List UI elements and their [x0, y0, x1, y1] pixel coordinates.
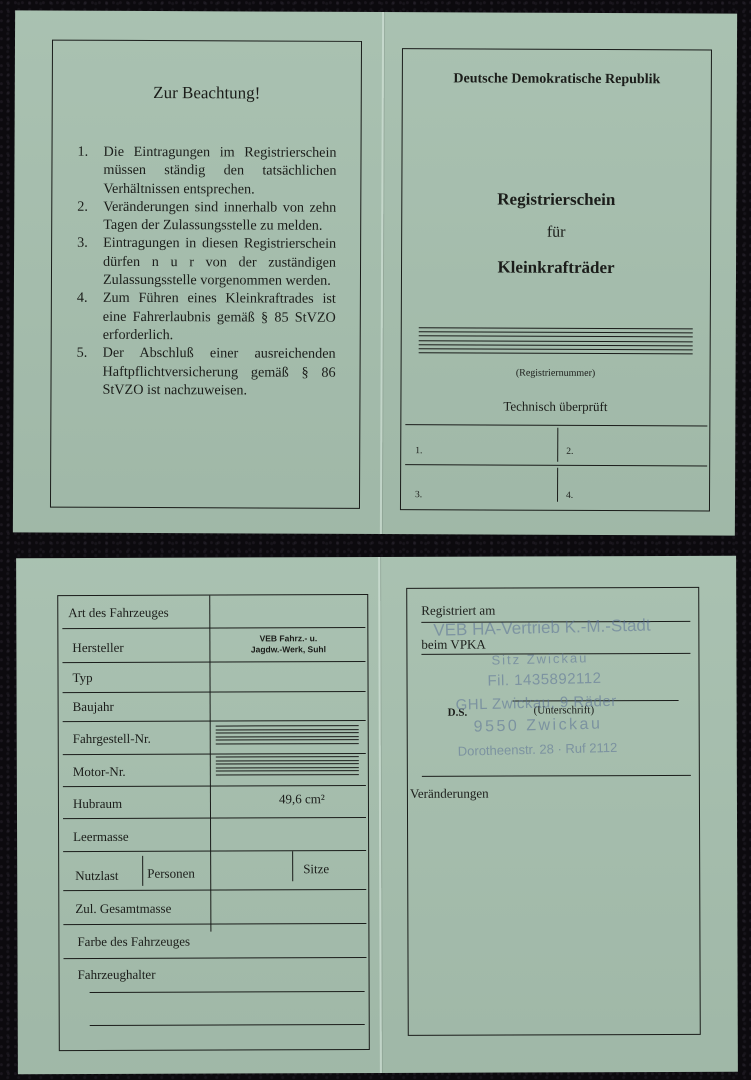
- notice-item-text: Zum Führen eines Kleinkraft­rades ist ei…: [103, 290, 336, 343]
- notice-item-number: 2.: [77, 198, 88, 216]
- stamp-line: Fil. 1435892112: [487, 670, 601, 690]
- registration-bottom-line: [422, 775, 691, 777]
- row-line: [62, 627, 365, 629]
- registration-number-label: (Registriernummer): [402, 367, 710, 379]
- label-chassis-number: Fahrgestell-Nr.: [73, 731, 151, 747]
- notice-item: 5.Der Abschluß einer ausreichenden Haftp…: [71, 344, 335, 400]
- notice-frame: Zur Beachtung! 1.Die Eintragungen im Reg…: [50, 40, 362, 509]
- row-line: [63, 889, 366, 891]
- holder-line-1[interactable]: [90, 991, 365, 993]
- label-gross-mass: Zul. Gesamtmasse: [75, 901, 171, 917]
- notice-item: 4.Zum Führen eines Kleinkraft­rades ist …: [72, 289, 336, 345]
- label-changes: Veränderungen: [410, 786, 489, 802]
- engine-number-field[interactable]: [216, 756, 359, 778]
- fold-crease: [378, 557, 382, 1073]
- seats-divider: [292, 851, 293, 881]
- cover-frame: Deutsche Demokratische Republik Registri…: [400, 48, 712, 511]
- notice-item-number: 1.: [77, 143, 88, 161]
- label-vehicle-type: Art des Fahrzeuges: [68, 605, 168, 621]
- row-line: [63, 817, 366, 819]
- nutzlast-divider: [142, 856, 143, 886]
- stamp-line: Sitz Zwickau: [491, 650, 588, 667]
- registration-frame: Registriert am beim VPKA D.S. (Unterschr…: [406, 587, 701, 1036]
- label-registered-on: Registriert am: [421, 603, 495, 619]
- row-line: [63, 720, 366, 722]
- check-cell-2[interactable]: 2.: [566, 447, 573, 457]
- row-line: [62, 661, 365, 663]
- notice-item-number: 4.: [77, 289, 88, 307]
- row-line: [63, 785, 366, 787]
- label-manufacturer: Hersteller: [72, 640, 123, 656]
- notice-item: 3.Eintragungen in diesen Registrier­sche…: [72, 234, 336, 290]
- notice-item-number: 3.: [77, 234, 88, 252]
- displacement-value[interactable]: 49,6 cm²: [279, 791, 325, 807]
- label-year: Baujahr: [73, 699, 114, 715]
- label-model: Typ: [72, 670, 92, 686]
- chassis-number-field[interactable]: [216, 725, 359, 747]
- fold-crease: [380, 12, 384, 534]
- row-line: [63, 691, 366, 693]
- rubber-stamp: VEB HA-Vertrieb K.-M.-Stadt Sitz Zwickau…: [407, 588, 698, 589]
- notice-item: 1.Die Eintragungen im Registrier­schein …: [72, 143, 336, 199]
- notice-title: Zur Beachtung!: [53, 83, 361, 104]
- check-grid-divider: [557, 428, 558, 462]
- check-cell-1[interactable]: 1.: [415, 446, 422, 456]
- stamp-line: Dorotheenstr. 28 · Ruf 2112: [458, 740, 618, 759]
- holder-line-2[interactable]: [90, 1024, 365, 1026]
- label-engine-number: Motor-Nr.: [73, 764, 126, 780]
- manufacturer-value-line1: VEB Fahrz.- u.: [260, 633, 318, 643]
- check-grid-middle-line: [405, 464, 707, 466]
- row-line: [63, 753, 366, 755]
- label-seats: Sitze: [303, 861, 329, 877]
- label-color: Farbe des Fahrzeuges: [77, 934, 190, 950]
- label-displacement: Hubraum: [73, 796, 122, 812]
- label-empty-mass: Leermasse: [73, 829, 129, 845]
- notice-item-text: Eintragungen in diesen Registrier­schein…: [103, 235, 336, 289]
- row-line: [63, 923, 366, 925]
- document-subtitle: Kleinkrafträder: [402, 257, 710, 278]
- label-vehicle-holder: Fahrzeughalter: [78, 967, 156, 983]
- registration-number-field[interactable]: [419, 327, 693, 354]
- check-cell-3[interactable]: 3.: [415, 490, 422, 500]
- row-line: [63, 850, 366, 852]
- check-cell-4[interactable]: 4.: [566, 491, 573, 501]
- document-title: Registrierschein: [402, 189, 710, 210]
- registration-booklet-inner-spread: Art des Fahrzeuges Hersteller VEB Fahrz.…: [16, 556, 738, 1075]
- manufacturer-value[interactable]: VEB Fahrz.- u. Jagdw.-Werk, Suhl: [213, 633, 363, 656]
- stamp-line: 9550 Zwickau: [473, 716, 602, 737]
- vehicle-data-frame: Art des Fahrzeuges Hersteller VEB Fahrz.…: [57, 594, 370, 1051]
- notice-item-text: Die Eintragungen im Registrier­schein mü…: [103, 144, 336, 197]
- technical-check-label: Technisch überprüft: [401, 398, 709, 415]
- row-line: [63, 957, 366, 959]
- document-title-for: für: [402, 223, 710, 242]
- vehicle-table-column-divider: [209, 596, 211, 932]
- country-heading: Deutsche Demokratische Republik: [403, 71, 711, 88]
- notice-item-text: Der Abschluß einer ausreichenden Haftpfl…: [102, 345, 335, 398]
- notice-item-number: 5.: [77, 344, 88, 362]
- label-payload: Nutzlast: [75, 868, 118, 884]
- check-grid-divider: [557, 468, 558, 502]
- label-persons: Personen: [147, 866, 195, 882]
- manufacturer-value-line2: Jagdw.-Werk, Suhl: [251, 644, 326, 654]
- notice-item-text: Veränderungen sind innerhalb von zehn Ta…: [103, 199, 336, 234]
- notice-list: 1.Die Eintragungen im Registrier­schein …: [71, 143, 336, 400]
- check-grid-top-line: [405, 424, 707, 426]
- stamp-line: VEB HA-Vertrieb K.-M.-Stadt: [433, 615, 651, 640]
- registration-booklet-outer-spread: Zur Beachtung! 1.Die Eintragungen im Reg…: [13, 10, 737, 535]
- notice-item: 2.Veränderungen sind innerhalb von zehn …: [72, 198, 336, 236]
